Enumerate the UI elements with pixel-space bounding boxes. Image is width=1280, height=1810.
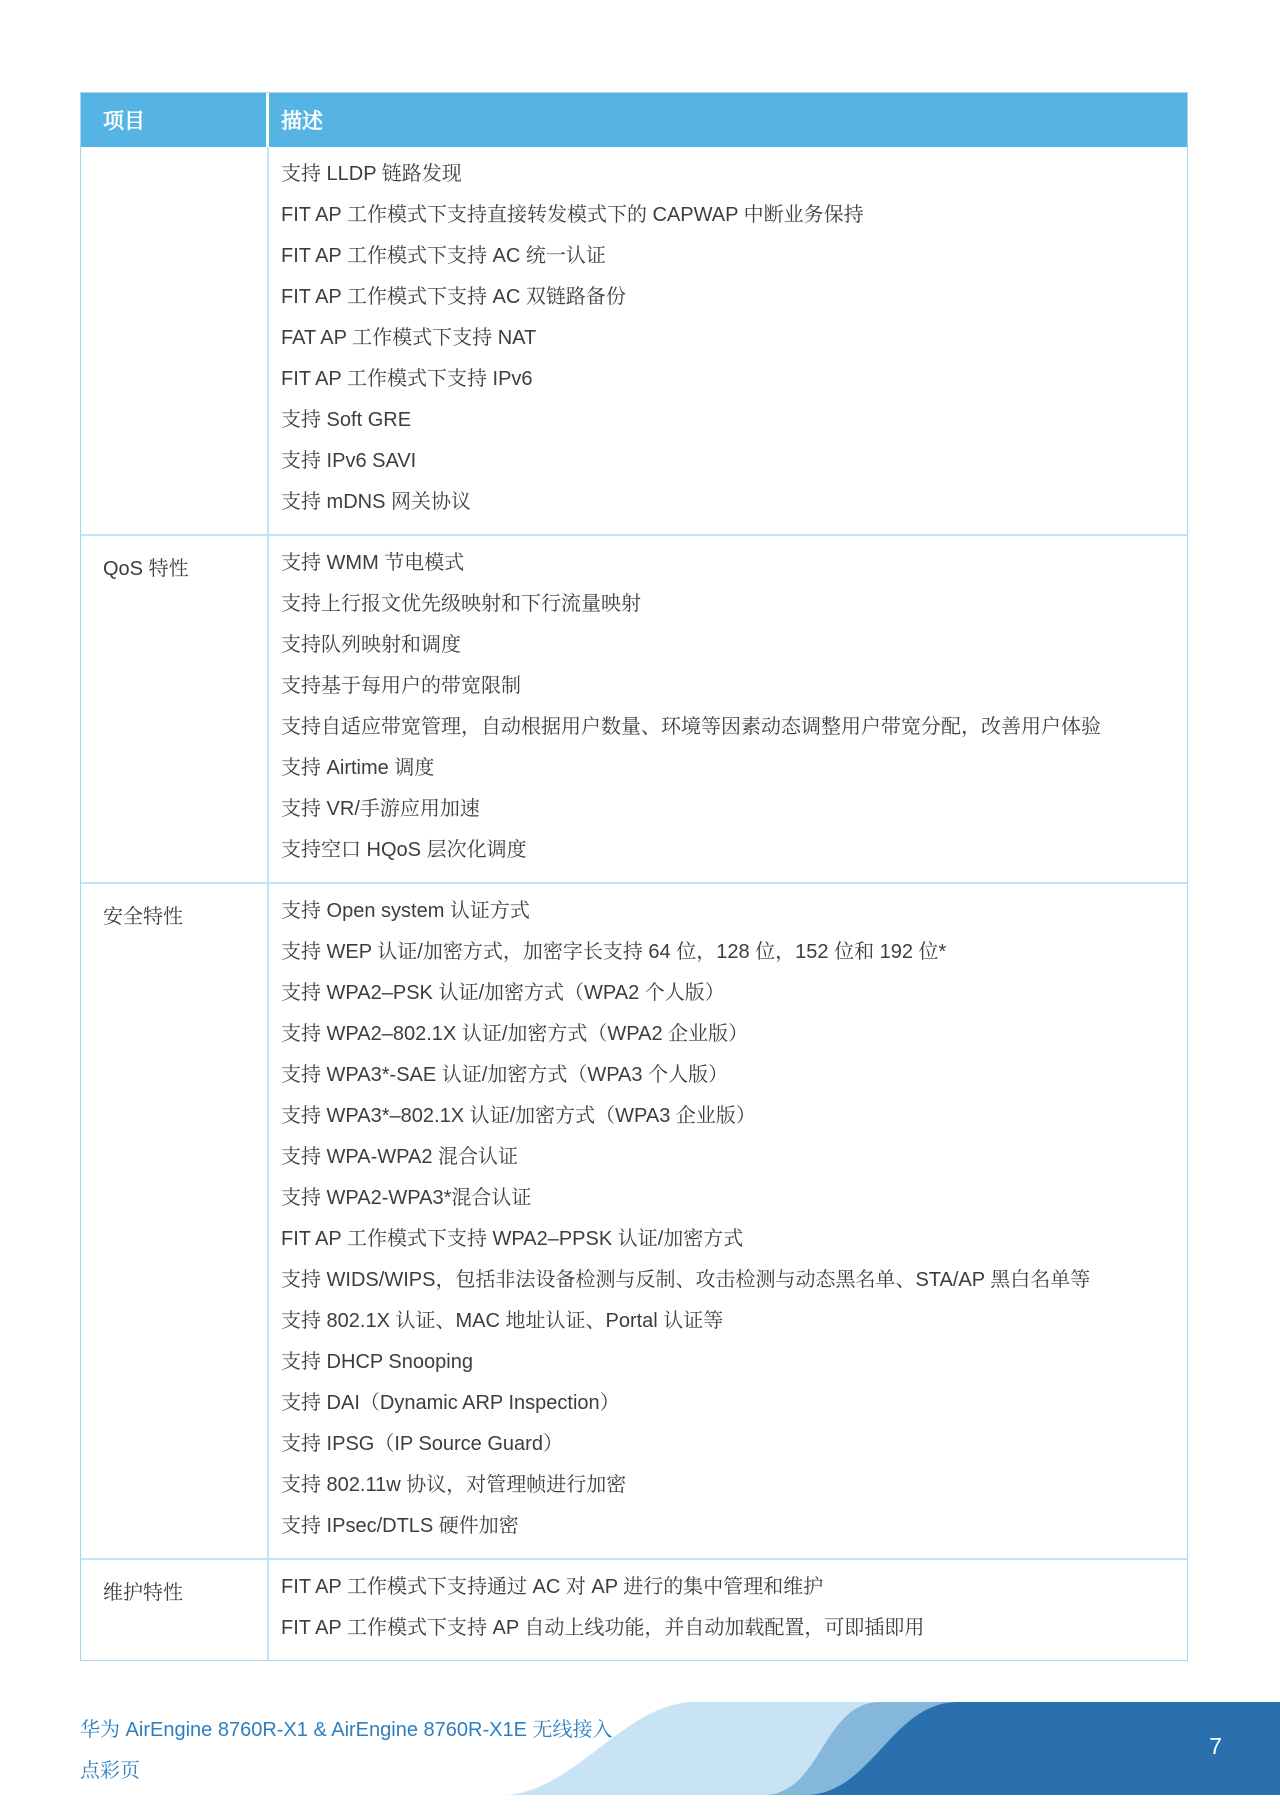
spec-item: 支持 WPA2–PSK 认证/加密方式（WPA2 个人版）: [281, 982, 1173, 1005]
table-row: 维护特性 FIT AP 工作模式下支持通过 AC 对 AP 进行的集中管理和维护…: [81, 1558, 1187, 1660]
row-label: QoS 特性: [81, 536, 269, 882]
spec-item: 支持 Soft GRE: [281, 409, 1173, 432]
column-header-description-label: 描述: [281, 105, 323, 135]
spec-item: 支持 WEP 认证/加密方式，加密字长支持 64 位，128 位，152 位和 …: [281, 941, 1173, 964]
table-row: 安全特性 支持 Open system 认证方式支持 WEP 认证/加密方式，加…: [81, 882, 1187, 1558]
row-label: 维护特性: [81, 1560, 269, 1660]
spec-item: 支持 mDNS 网关协议: [281, 491, 1173, 514]
spec-item: FIT AP 工作模式下支持通过 AC 对 AP 进行的集中管理和维护: [281, 1576, 1173, 1599]
spec-item: 支持 Airtime 调度: [281, 757, 1173, 780]
row-description-cell: 支持 Open system 认证方式支持 WEP 认证/加密方式，加密字长支持…: [269, 884, 1187, 1558]
spec-item: 支持 LLDP 链路发现: [281, 163, 1173, 186]
spec-item: FIT AP 工作模式下支持 AP 自动上线功能，并自动加载配置，可即插即用: [281, 1617, 1173, 1640]
spec-item: FIT AP 工作模式下支持直接转发模式下的 CAPWAP 中断业务保持: [281, 204, 1173, 227]
row-label: [81, 147, 269, 534]
row-label: 安全特性: [81, 884, 269, 1558]
spec-item: 支持 Open system 认证方式: [281, 900, 1173, 923]
spec-item: FIT AP 工作模式下支持 AC 统一认证: [281, 245, 1173, 268]
spec-item: 支持 WPA-WPA2 混合认证: [281, 1146, 1173, 1169]
spec-item: 支持 DHCP Snooping: [281, 1351, 1173, 1374]
spec-item: FIT AP 工作模式下支持 WPA2–PPSK 认证/加密方式: [281, 1228, 1173, 1251]
spec-item: 支持 DAI（Dynamic ARP Inspection）: [281, 1392, 1173, 1415]
spec-item: 支持 IPSG（IP Source Guard）: [281, 1433, 1173, 1456]
spec-item: 支持自适应带宽管理，自动根据用户数量、环境等因素动态调整用户带宽分配，改善用户体…: [281, 716, 1173, 739]
page-footer-title: 华为 AirEngine 8760R-X1 & AirEngine 8760R-…: [80, 1710, 612, 1792]
spec-item: FAT AP 工作模式下支持 NAT: [281, 327, 1173, 350]
row-description-cell: 支持 LLDP 链路发现FIT AP 工作模式下支持直接转发模式下的 CAPWA…: [269, 147, 1187, 534]
spec-item: 支持 WPA2–802.1X 认证/加密方式（WPA2 企业版）: [281, 1023, 1173, 1046]
table-row: QoS 特性 支持 WMM 节电模式支持上行报文优先级映射和下行流量映射支持队列…: [81, 534, 1187, 882]
column-header-item: 项目: [81, 93, 269, 147]
spec-item: 支持 WPA3*–802.1X 认证/加密方式（WPA3 企业版）: [281, 1105, 1173, 1128]
spec-item: 支持队列映射和调度: [281, 634, 1173, 657]
table-header-row: 项目 描述: [81, 93, 1187, 147]
table-row: 支持 LLDP 链路发现FIT AP 工作模式下支持直接转发模式下的 CAPWA…: [81, 147, 1187, 534]
spec-item: 支持 IPv6 SAVI: [281, 450, 1173, 473]
spec-item: 支持 WPA2-WPA3*混合认证: [281, 1187, 1173, 1210]
spec-item: 支持 IPsec/DTLS 硬件加密: [281, 1515, 1173, 1538]
spec-item: 支持 802.11w 协议，对管理帧进行加密: [281, 1474, 1173, 1497]
spec-item: 支持 WPA3*-SAE 认证/加密方式（WPA3 个人版）: [281, 1064, 1173, 1087]
document-title-line1: 华为 AirEngine 8760R-X1 & AirEngine 8760R-…: [80, 1710, 612, 1751]
spec-item: 支持 VR/手游应用加速: [281, 798, 1173, 821]
spec-item: 支持空口 HQoS 层次化调度: [281, 839, 1173, 862]
column-header-description: 描述: [269, 93, 1187, 147]
spec-item: 支持基于每用户的带宽限制: [281, 675, 1173, 698]
row-description-cell: FIT AP 工作模式下支持通过 AC 对 AP 进行的集中管理和维护FIT A…: [269, 1560, 1187, 1660]
row-description-cell: 支持 WMM 节电模式支持上行报文优先级映射和下行流量映射支持队列映射和调度支持…: [269, 536, 1187, 882]
spec-item: 支持 WIDS/WIPS，包括非法设备检测与反制、攻击检测与动态黑名单、STA/…: [281, 1269, 1173, 1292]
page: 项目 描述 支持 LLDP 链路发现FIT AP 工作模式下支持直接转发模式下的…: [0, 0, 1280, 1810]
spec-item: FIT AP 工作模式下支持 IPv6: [281, 368, 1173, 391]
spec-item: 支持上行报文优先级映射和下行流量映射: [281, 593, 1173, 616]
spec-table: 项目 描述 支持 LLDP 链路发现FIT AP 工作模式下支持直接转发模式下的…: [80, 92, 1188, 1661]
spec-item: 支持 802.1X 认证、MAC 地址认证、Portal 认证等: [281, 1310, 1173, 1333]
column-header-item-label: 项目: [103, 105, 145, 135]
spec-item: 支持 WMM 节电模式: [281, 552, 1173, 575]
page-number: 7: [1209, 1733, 1222, 1760]
document-title-line2: 点彩页: [80, 1751, 612, 1792]
spec-item: FIT AP 工作模式下支持 AC 双链路备份: [281, 286, 1173, 309]
